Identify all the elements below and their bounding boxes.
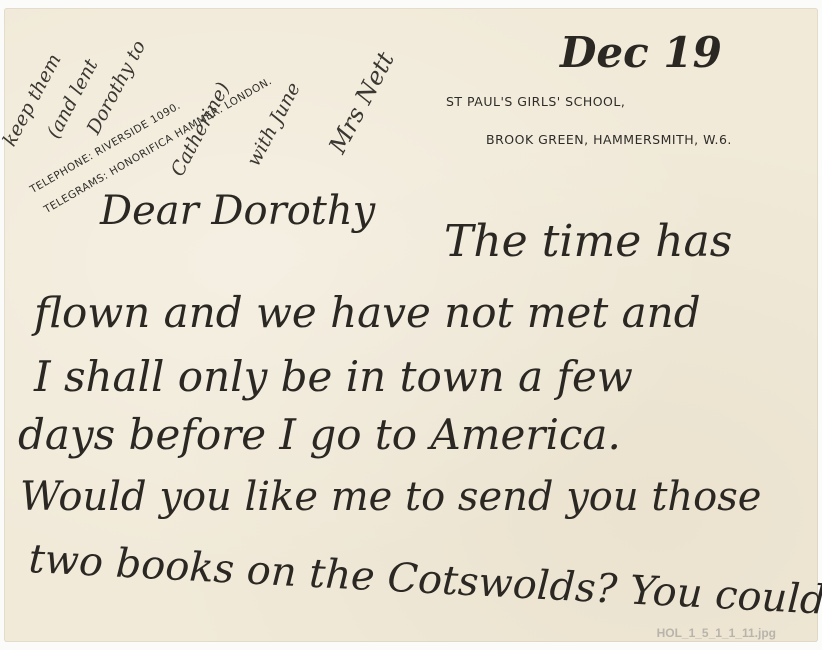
body-line: days before I go to America. [18, 410, 621, 459]
body-line: The time has [444, 216, 732, 267]
letterhead-address: BROOK GREEN, HAMMERSMITH, W.6. [486, 132, 732, 147]
body-line: I shall only be in town a few [34, 352, 633, 401]
margin-note: Mrs Nett [323, 47, 400, 158]
file-label: HOL_1_5_1_1_11.jpg [657, 626, 776, 640]
letter-date: Dec 19 [560, 28, 722, 77]
letter-card: TELEPHONE: RIVERSIDE 1090. TELEGRAMS: HO… [4, 8, 818, 642]
letterhead-school-name: ST PAUL'S GIRLS' SCHOOL, [446, 94, 625, 109]
body-line: Would you like me to send you those [20, 474, 761, 520]
body-line: flown and we have not met and [34, 288, 701, 337]
body-line: two books on the Cotswolds? You could [28, 536, 822, 624]
salutation: Dear Dorothy [100, 188, 375, 234]
